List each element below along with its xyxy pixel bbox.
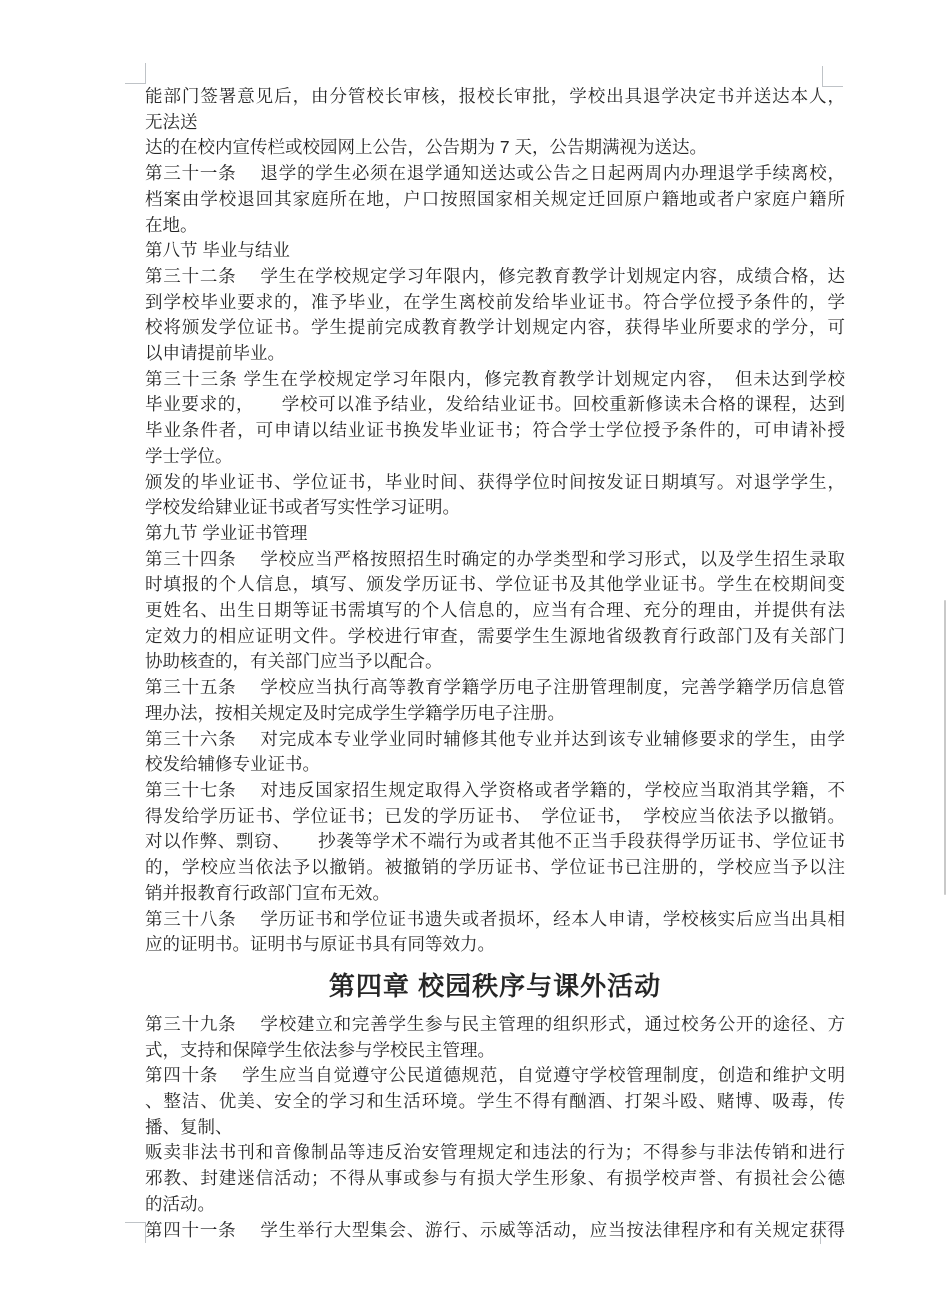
scrollbar-thumb[interactable]	[944, 600, 946, 895]
text-line: 第四十一条 学生举行大型集会、游行、示威等活动，应当按法律程序和有关规定获得	[145, 1218, 845, 1244]
text-line: 第八节 毕业与结业	[145, 238, 845, 264]
document-page: 能部门签署意见后，由分管校长审核，报校长审批，学校出具退学决定书并送达本人，无法…	[0, 0, 950, 1299]
text-line: 、整洁、优美、安全的学习和生活环境。学生不得有酗酒、打架斗殴、赌博、吸毒，传	[145, 1089, 845, 1115]
text-line: 得发给学历证书、学位证书；已发的学历证书、 学位证书， 学校应当依法予以撤销。	[145, 804, 845, 830]
text-line: 第三十三条 学生在学校规定学习年限内，修完教育教学计划规定内容， 但未达到学校	[145, 367, 845, 393]
text-line: 定效力的相应证明文件。学校进行审查，需要学生生源地省级教育行政部门及有关部门	[145, 624, 845, 650]
text-line: 第三十五条 学校应当执行高等教育学籍学历电子注册管理制度，完善学籍学历信息管	[145, 675, 845, 701]
text-line: 播、复制、	[145, 1115, 845, 1141]
text-line: 校将颁发学位证书。学生提前完成教育教学计划规定内容，获得毕业所要求的学分，可	[145, 315, 845, 341]
text-line: 无法送	[145, 110, 845, 136]
text-line: 理办法，按相关规定及时完成学生学籍学历电子注册。	[145, 701, 845, 727]
text-line: 达的在校内宣传栏或校园网上公告，公告期为 7 天，公告期满视为送达。	[145, 135, 845, 161]
text-line: 贩卖非法书刊和音像制品等违反治安管理规定和违法的行为；不得参与非法传销和进行	[145, 1140, 845, 1166]
text-line: 在地。	[145, 213, 845, 239]
text-line: 对以作弊、剽窃、 抄袭等学术不端行为或者其他不正当手段获得学历证书、学位证书	[145, 829, 845, 855]
text-line: 时填报的个人信息，填写、颁发学历证书、学位证书及其他学业证书。学生在校期间变	[145, 572, 845, 598]
text-line: 应的证明书。证明书与原证书具有同等效力。	[145, 932, 845, 958]
text-line: 式，支持和保障学生依法参与学校民主管理。	[145, 1038, 845, 1064]
text-line: 第四十条 学生应当自觉遵守公民道德规范，自觉遵守学校管理制度，创造和维护文明	[145, 1063, 845, 1089]
text-line: 到学校毕业要求的，准予毕业，在学生离校前发给毕业证书。符合学位授予条件的，学	[145, 290, 845, 316]
text-line: 校发给辅修专业证书。	[145, 752, 845, 778]
text-line: 学校发给肄业证书或者写实性学习证明。	[145, 495, 845, 521]
text-line: 邪教、封建迷信活动；不得从事或参与有损大学生形象、有损学校声誉、有损社会公德	[145, 1166, 845, 1192]
text-line: 第九节 学业证书管理	[145, 521, 845, 547]
text-line: 能部门签署意见后，由分管校长审核，报校长审批，学校出具退学决定书并送达本人，	[145, 84, 845, 110]
chapter-heading: 第四章 校园秩序与课外活动	[145, 968, 845, 1004]
text-line: 协助核查的，有关部门应当予以配合。	[145, 649, 845, 675]
text-boundary-mark-bottom-left	[125, 1222, 146, 1243]
text-line: 的活动。	[145, 1192, 845, 1218]
text-line: 毕业要求的， 学校可以准予结业，发给结业证书。回校重新修读未合格的课程，达到	[145, 392, 845, 418]
text-line: 的，学校应当依法予以撤销。被撤销的学历证书、学位证书已注册的，学校应当予以注	[145, 855, 845, 881]
text-line: 学士学位。	[145, 444, 845, 470]
text-line: 第三十八条 学历证书和学位证书遗失或者损坏，经本人申请，学校核实后应当出具相	[145, 907, 845, 933]
text-line: 第三十七条 对违反国家招生规定取得入学资格或者学籍的，学校应当取消其学籍，不	[145, 778, 845, 804]
text-line: 第三十一条 退学的学生必须在退学通知送达或公告之日起两周内办理退学手续离校，	[145, 161, 845, 187]
text-line: 更姓名、出生日期等证书需填写的个人信息的，应当有合理、充分的理由，并提供有法	[145, 598, 845, 624]
document-body: 能部门签署意见后，由分管校长审核，报校长审批，学校出具退学决定书并送达本人，无法…	[145, 84, 845, 1243]
text-line: 第三十四条 学校应当严格按照招生时确定的办学类型和学习形式，以及学生招生录取	[145, 547, 845, 573]
text-line: 第三十九条 学校建立和完善学生参与民主管理的组织形式，通过校务公开的途径、方	[145, 1012, 845, 1038]
text-line: 毕业条件者，可申请以结业证书换发毕业证书；符合学士学位授予条件的，可申请补授	[145, 418, 845, 444]
text-line: 档案由学校退回其家庭所在地，户口按照国家相关规定迁回原户籍地或者户家庭户籍所	[145, 187, 845, 213]
text-line: 以申请提前毕业。	[145, 341, 845, 367]
text-line: 第三十六条 对完成本专业学业同时辅修其他专业并达到该专业辅修要求的学生，由学	[145, 727, 845, 753]
text-line: 销并报教育行政部门宣布无效。	[145, 881, 845, 907]
text-boundary-mark-top-left	[125, 63, 146, 84]
text-line: 颁发的毕业证书、学位证书，毕业时间、获得学位时间按发证日期填写。对退学学生，	[145, 470, 845, 496]
text-line: 第三十二条 学生在学校规定学习年限内，修完教育教学计划规定内容，成绩合格，达	[145, 264, 845, 290]
